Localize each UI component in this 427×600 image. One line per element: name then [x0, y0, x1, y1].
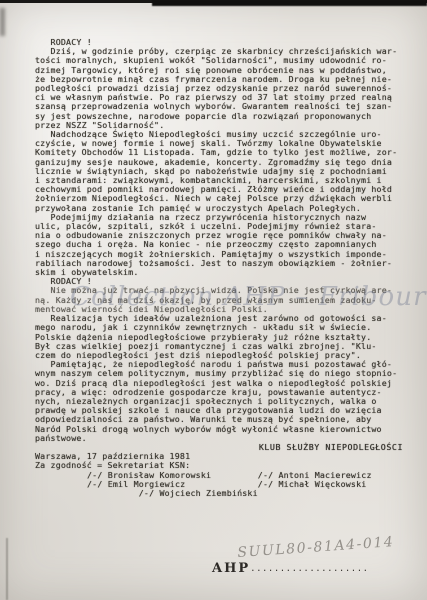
paragraph-intro: Dziś, w godzinie próby, czerpiąc ze skar…: [35, 47, 403, 130]
signature-block: /-/ Bronisław Komorowski /-/ Antoni Maci…: [35, 471, 403, 499]
archive-stamp-dotted-line: ....................: [250, 564, 368, 574]
paragraph-realization: Realizacja tych ideałów uzależniona jest…: [35, 314, 403, 360]
scan-edge-artifact-top-right: [152, 0, 427, 6]
archive-stamp: AHP....................: [212, 557, 369, 576]
paragraph-independent-work: Pamiętając, że niepodległość narodu i pa…: [35, 360, 403, 443]
scanned-document-page: RODACY ! Dziś, w godzinie próby, czerpią…: [0, 0, 427, 600]
paragraph-historic-names: Podejmijmy działania na rzecz przywrócen…: [35, 213, 403, 277]
paragraph-independence-day: Nadchodzące Święto Niepodległości musimy…: [35, 130, 403, 213]
typewritten-proclamation: RODACY ! Dziś, w godzinie próby, czerpią…: [35, 38, 403, 498]
archive-stamp-label: AHP: [212, 561, 250, 576]
scan-crease-bottom-left: [6, 538, 8, 600]
paragraph-witness: Nie można już trwać na pozycji widza. Po…: [35, 286, 403, 314]
scan-smudge-left: [0, 8, 5, 36]
